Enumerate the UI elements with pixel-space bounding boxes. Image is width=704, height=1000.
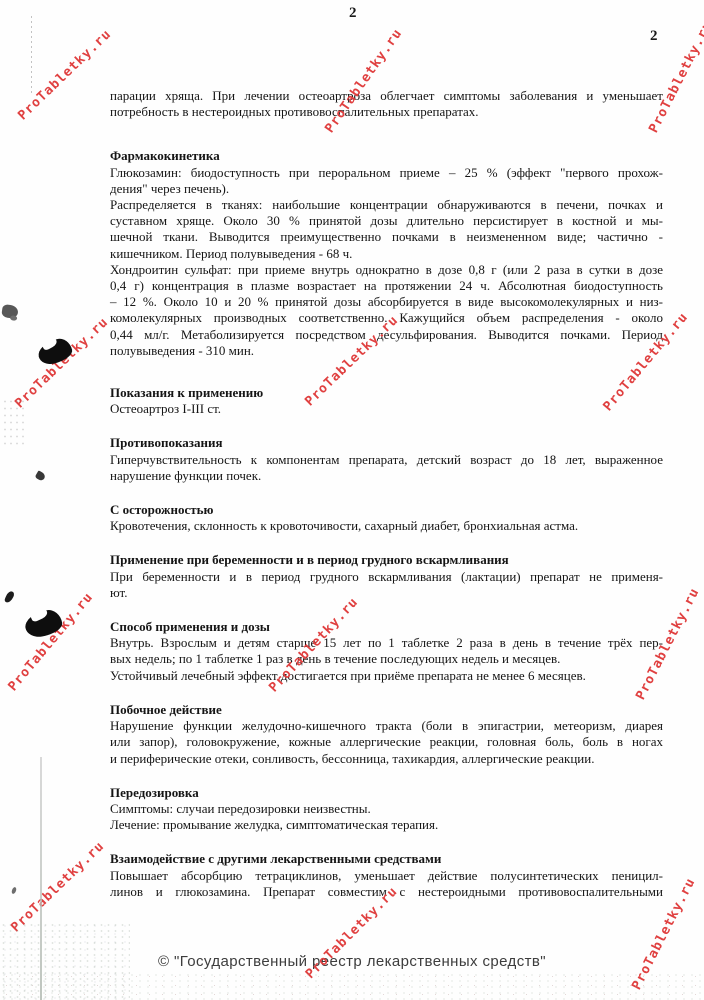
text-line: Внутрь. Взрослым и детям старше 15 лет п… [110, 635, 663, 651]
document-section: Взаимодействие с другими лекарственными … [110, 851, 663, 900]
text-line: шечной ткани. Выводится преимущественно … [110, 229, 663, 245]
section-heading: Взаимодействие с другими лекарственными … [110, 851, 663, 867]
section-paragraph: Лечение: промывание желудка, симптоматич… [110, 817, 663, 833]
document-section: С осторожностью Кровотечения, склонность… [110, 502, 663, 534]
text-line: При беременности и в период грудного вск… [110, 569, 663, 585]
text-line: Симптомы: случаи передозировки неизвестн… [110, 801, 663, 817]
text-line: Нарушение функции желудочно-кишечного тр… [110, 718, 663, 734]
section-heading: Передозировка [110, 785, 663, 801]
section-heading: Побочное действие [110, 702, 663, 718]
section-heading: С осторожностью [110, 502, 663, 518]
text-line: вых недель; по 1 таблетке 1 раз в день в… [110, 651, 663, 667]
text-line: Кровотечения, склонность к кровоточивост… [110, 518, 663, 534]
text-line: кишечником. Период полувыведения - 68 ч. [110, 246, 663, 262]
text-line: Глюкозамин: биодоступность при пероральн… [110, 165, 663, 181]
text-line: – 12 %. Около 10 и 20 % принятой дозы аб… [110, 294, 663, 310]
scan-noise [0, 972, 704, 1000]
document-section: Применение при беременности и в период г… [110, 552, 663, 601]
section-paragraph: Хондроитин сульфат: при приеме внутрь од… [110, 262, 663, 359]
text-line: ют. [110, 585, 663, 601]
watermark-protabletky: ProTabletky.ru [8, 839, 107, 936]
section-paragraph: Глюкозамин: биодоступность при пероральн… [110, 165, 663, 197]
section-paragraph: При беременности и в период грудного вск… [110, 569, 663, 601]
text-line: Лечение: промывание желудка, симптоматич… [110, 817, 663, 833]
text-line: Остеоартроз I-III ст. [110, 401, 663, 417]
text-line: 0,44 мл/г. Метаболизируется посредством … [110, 327, 663, 343]
text-line: линов и глюкозамина. Препарат совместим … [110, 884, 663, 900]
page-number-top-right: 2 [650, 28, 658, 45]
text-line: дения" через печень). [110, 181, 663, 197]
text-line: суставном хряще. Около 30 % принятой доз… [110, 213, 663, 229]
document-body: парации хряща. При лечении остеоартроза … [110, 88, 663, 900]
watermark-protabletky: ProTabletky.ru [6, 590, 97, 694]
text-line: Хондроитин сульфат: при приеме внутрь од… [110, 262, 663, 278]
scan-noise [2, 398, 24, 446]
text-line: нарушение функции почек. [110, 468, 663, 484]
ink-speck-artifact [11, 887, 17, 895]
ink-blot-artifact [36, 336, 75, 367]
text-line: комолекулярных производных соответственн… [110, 310, 663, 326]
section-heading: Противопоказания [110, 435, 663, 451]
document-section: Фармакокинетика Глюкозамин: биодоступнос… [110, 148, 663, 359]
section-paragraph: Симптомы: случаи передозировки неизвестн… [110, 801, 663, 817]
ink-smudge-artifact [1, 304, 19, 319]
section-paragraph: Внутрь. Взрослым и детям старше 15 лет п… [110, 635, 663, 667]
section-paragraph: Распределяется в тканях: наибольшие конц… [110, 197, 663, 262]
ink-blot-artifact [23, 608, 64, 639]
text-line: Повышает абсорбцию тетрациклинов, уменьш… [110, 868, 663, 884]
section-paragraph: Кровотечения, склонность к кровоточивост… [110, 518, 663, 534]
section-paragraph: Гиперчувствительность к компонентам преп… [110, 452, 663, 484]
section-heading: Фармакокинетика [110, 148, 663, 164]
text-line: и периферические отеки, сонливость, бесс… [110, 751, 663, 767]
text-line: Распределяется в тканях: наибольшие конц… [110, 197, 663, 213]
text-line: Гиперчувствительность к компонентам преп… [110, 452, 663, 468]
ink-speck-artifact [4, 590, 15, 604]
document-section: Побочное действие Нарушение функции желу… [110, 702, 663, 767]
text-line: Устойчивый лечебный эффект достигается п… [110, 668, 663, 684]
section-paragraph: Повышает абсорбцию тетрациклинов, уменьш… [110, 868, 663, 900]
text-line: полувыведения - 310 мин. [110, 343, 663, 359]
page-number-top-center: 2 [349, 5, 357, 22]
watermark-protabletky: ProTabletky.ru [12, 315, 111, 412]
document-section: Передозировка Симптомы: случаи передозир… [110, 785, 663, 834]
ink-speck-artifact [35, 470, 47, 481]
scan-line-artifact [31, 16, 32, 96]
document-section: Противопоказания Гиперчувствительность к… [110, 435, 663, 484]
section-paragraph: Устойчивый лечебный эффект достигается п… [110, 668, 663, 684]
section-heading: Применение при беременности и в период г… [110, 552, 663, 568]
text-line: потребность в нестероидных противовоспал… [110, 104, 663, 120]
section-heading: Показания к применению [110, 385, 663, 401]
text-line: или запор), головокружение, кожные аллер… [110, 734, 663, 750]
section-heading: Способ применения и дозы [110, 619, 663, 635]
scanned-document-page: 2 2 парации хряща. При лечении остеоартр… [0, 0, 704, 1000]
document-section: Показания к применению Остеоартроз I-III… [110, 385, 663, 417]
section-paragraph: Остеоартроз I-III ст. [110, 401, 663, 417]
section-paragraph: Нарушение функции желудочно-кишечного тр… [110, 718, 663, 767]
intro-paragraph: парации хряща. При лечении остеоартроза … [110, 88, 663, 120]
document-section: Способ применения и дозы Внутрь. Взрослы… [110, 619, 663, 684]
text-line: 0,4 г) концентрация в плазме возрастает … [110, 278, 663, 294]
text-line: парации хряща. При лечении остеоартроза … [110, 88, 663, 104]
